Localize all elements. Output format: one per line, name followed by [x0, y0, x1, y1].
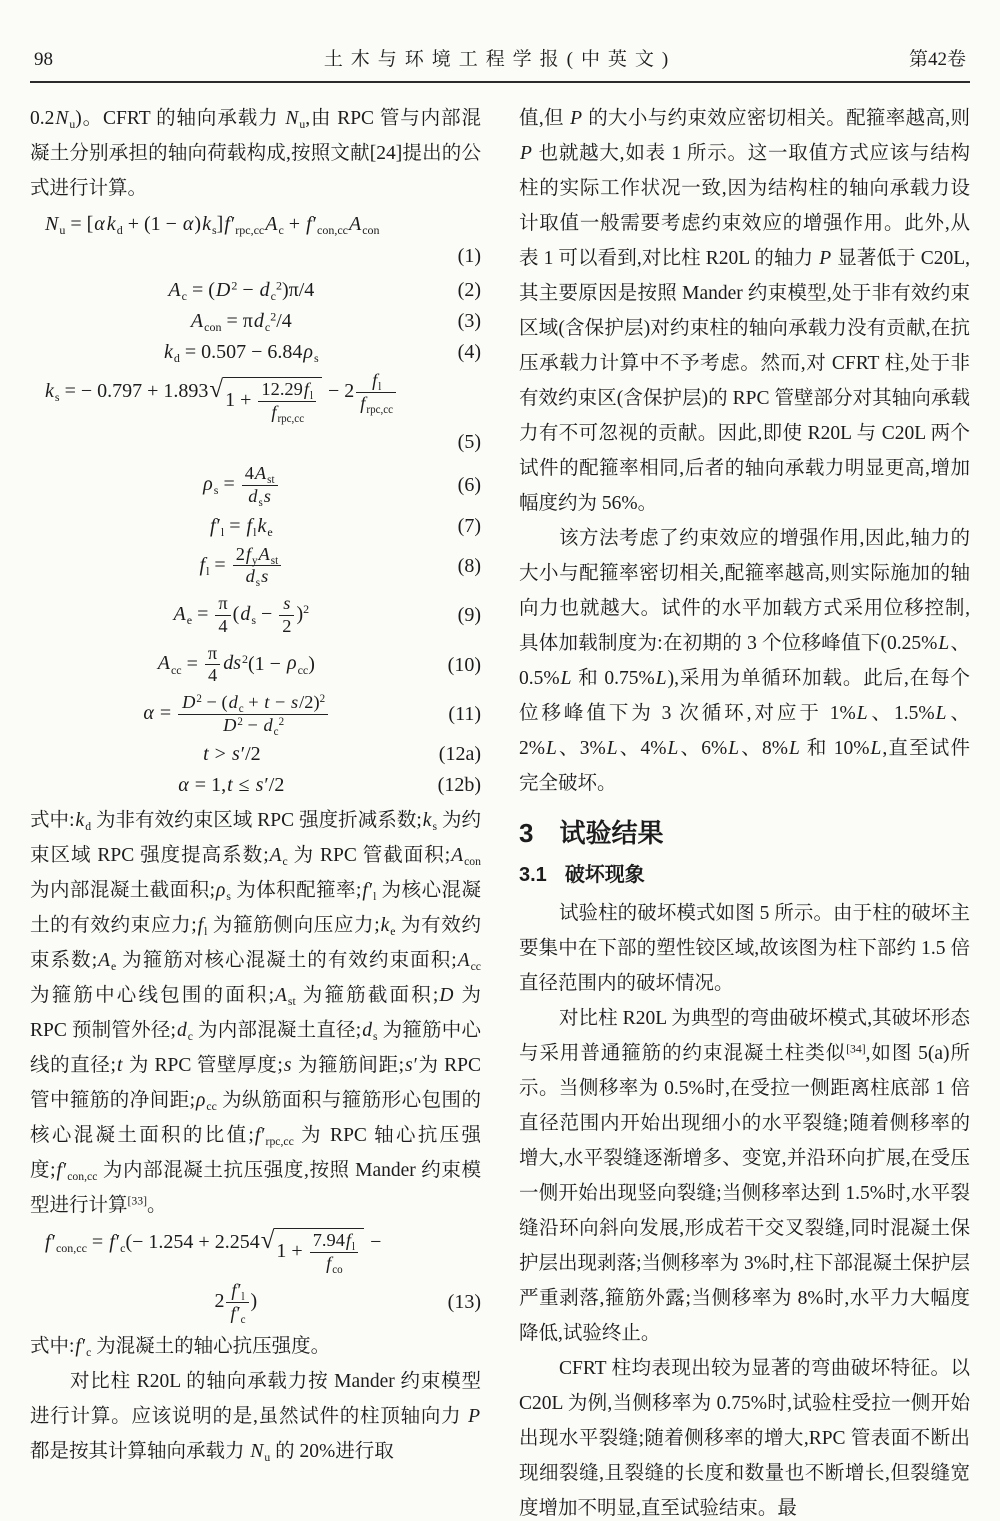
equation-formula: Acc = π4ds2(1 − ρcc)	[30, 643, 442, 687]
equation-formula: α = D2 − (dc + t − s/2)2D2 − dc2	[30, 692, 442, 736]
left-column: 0.2Nu)。CFRT 的轴向承载力 Nu,由 RPC 管与内部混凝土分别承担的…	[30, 101, 481, 1518]
paragraph-cfrt-failure: CFRT 柱均表现出较为显著的弯曲破坏特征。以 C20L 为例,当侧移率为 0.…	[519, 1351, 970, 1519]
paragraph-fc-note: 式中:f′c 为混凝土的轴心抗压强度。	[30, 1329, 481, 1364]
subsection-number: 3.1	[519, 862, 547, 888]
equation-formula: f′con,cc = f′c(− 1.254 + 2.254√1 + 7.94f…	[30, 1228, 481, 1274]
equation-formula: 2f′lf′c)	[30, 1280, 442, 1324]
volume-number: 第42卷	[856, 44, 966, 71]
equation: ks = − 0.797 + 1.893√1 + 12.29flfrpc,cc …	[30, 370, 481, 423]
equation: Ae = π4(ds − s2)2 (9)	[30, 593, 481, 637]
paragraph-intro: 0.2Nu)。CFRT 的轴向承载力 Nu,由 RPC 管与内部混凝土分别承担的…	[30, 101, 481, 206]
equation-number: (2)	[458, 277, 481, 303]
equation-formula: Nu = [αkd + (1 − α)ks]f′rpc,ccAc + f′con…	[30, 211, 481, 237]
equation-number: (1)	[30, 242, 481, 270]
page-number: 98	[34, 49, 144, 71]
equation-number: (10)	[448, 652, 481, 678]
paragraph-axial-continued: 值,但 P 的大小与约束效应密切相关。配箍率越高,则 P 也就越大,如表 1 所…	[519, 101, 970, 521]
equation-formula: ks = − 0.797 + 1.893√1 + 12.29flfrpc,cc …	[30, 370, 481, 423]
equation-number: (4)	[458, 339, 481, 365]
equation: α = 1,t ≤ s′/2 (12b)	[30, 772, 481, 798]
journal-page: 98 土木与环境工程学报(中英文) 第42卷 0.2Nu)。CFRT 的轴向承载…	[0, 0, 1000, 1521]
paragraph-r20l-calc: 对比柱 R20L 的轴向承载力按 Mander 约束模型进行计算。应该说明的是,…	[30, 1364, 481, 1469]
equation-formula: fl = 2fyAstdss	[30, 544, 452, 588]
equation-formula: f′l = flke	[30, 513, 452, 539]
equation-formula: kd = 0.507 − 6.84ρs	[30, 339, 452, 365]
equation-formula: Ac = (D2 − dc2)π/4	[30, 277, 452, 303]
equation-number: (8)	[458, 553, 481, 579]
equation: f′con,cc = f′c(− 1.254 + 2.254√1 + 7.94f…	[30, 1228, 481, 1274]
equation-number: (3)	[458, 308, 481, 334]
equation-number: (12a)	[439, 741, 481, 767]
paragraph-r20l-failure: 对比柱 R20L 为典型的弯曲破坏模式,其破坏形态与采用普通箍筋的约束混凝土柱类…	[519, 1001, 970, 1351]
section-number: 3	[519, 817, 533, 850]
equation: f′l = flke (7)	[30, 513, 481, 539]
equation-number: (9)	[458, 602, 481, 628]
section-title: 试验结果	[559, 817, 663, 850]
journal-title: 土木与环境工程学报(中英文)	[144, 44, 856, 71]
paragraph-loading: 该方法考虑了约束效应的增强作用,因此,轴力的大小与配箍率密切相关,配箍率越高,则…	[519, 521, 970, 801]
equation-formula: Ae = π4(ds − s2)2	[30, 593, 452, 637]
two-column-body: 0.2Nu)。CFRT 的轴向承载力 Nu,由 RPC 管与内部混凝土分别承担的…	[30, 83, 970, 1518]
equation: Nu = [αkd + (1 − α)ks]f′rpc,ccAc + f′con…	[30, 211, 481, 237]
equation: Acon = πdc2/4 (3)	[30, 308, 481, 334]
section-heading: 3 试验结果	[519, 817, 970, 850]
equation: Acc = π4ds2(1 − ρcc) (10)	[30, 643, 481, 687]
right-column: 值,但 P 的大小与约束效应密切相关。配箍率越高,则 P 也就越大,如表 1 所…	[519, 101, 970, 1518]
equation: kd = 0.507 − 6.84ρs (4)	[30, 339, 481, 365]
equation-formula: α = 1,t ≤ s′/2	[30, 772, 432, 798]
subsection-title: 破坏现象	[565, 862, 645, 888]
equation-formula: Acon = πdc2/4	[30, 308, 452, 334]
equation-number: (6)	[458, 472, 481, 498]
equation: α = D2 − (dc + t − s/2)2D2 − dc2 (11)	[30, 692, 481, 736]
paragraph-failure-intro: 试验柱的破坏模式如图 5 所示。由于柱的破坏主要集中在下部的塑性铰区域,故该图为…	[519, 896, 970, 1001]
equation-formula: t > s′/2	[30, 741, 433, 767]
equation-number: (13)	[448, 1289, 481, 1315]
equation: fl = 2fyAstdss (8)	[30, 544, 481, 588]
page-header: 98 土木与环境工程学报(中英文) 第42卷	[30, 44, 970, 83]
equation: 2f′lf′c) (13)	[30, 1280, 481, 1324]
equation-number: (11)	[448, 701, 481, 727]
equation-number: (12b)	[438, 772, 481, 798]
subsection-heading: 3.1 破坏现象	[519, 862, 970, 888]
equation-number: (7)	[458, 513, 481, 539]
equation: t > s′/2 (12a)	[30, 741, 481, 767]
equation-formula: ρs = 4Astdss	[30, 463, 452, 507]
equation: ρs = 4Astdss (6)	[30, 463, 481, 507]
equation: Ac = (D2 − dc2)π/4 (2)	[30, 277, 481, 303]
paragraph-notation: 式中:kd 为非有效约束区域 RPC 强度折减系数;ks 为约束区域 RPC 强…	[30, 803, 481, 1223]
equation-number: (5)	[30, 428, 481, 456]
